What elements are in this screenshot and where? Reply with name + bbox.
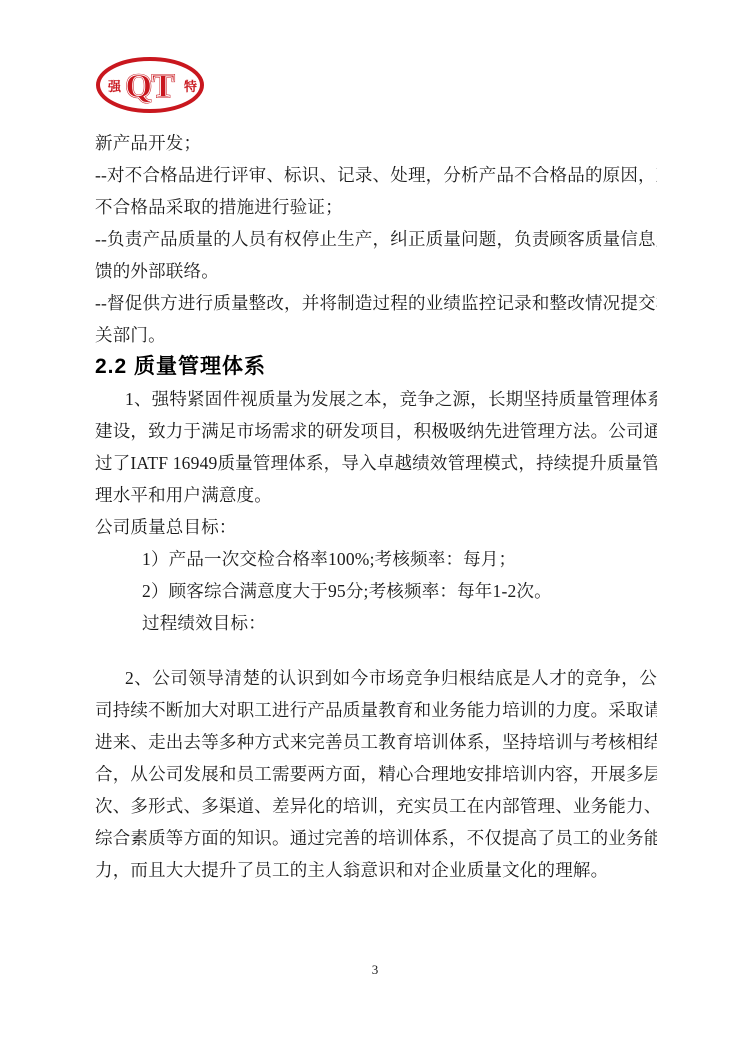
text-line: 次、多形式、多渠道、差异化的培训，充实员工在内部管理、业务能力、	[95, 790, 657, 822]
text-line: 馈的外部联络。	[95, 255, 657, 287]
text-line: 过了IATF 16949质量管理体系，导入卓越绩效管理模式，持续提升质量管	[95, 447, 657, 479]
text-line: 2）顾客综合满意度大于95分;考核频率：每年1-2次。	[95, 575, 657, 607]
text-line: --负责产品质量的人员有权停止生产，纠正质量问题，负责顾客质量信息反	[95, 223, 657, 255]
text-line: 进来、走出去等多种方式来完善员工教育培训体系，坚持培训与考核相结	[95, 726, 657, 758]
text-line: 2、公司领导清楚的认识到如今市场竞争归根结底是人才的竞争，公	[95, 662, 657, 694]
document-body: 新产品开发；--对不合格品进行评审、标识、记录、处理，分析产品不合格品的原因，对…	[95, 127, 657, 886]
text-line: --对不合格品进行评审、标识、记录、处理，分析产品不合格品的原因，对	[95, 159, 657, 191]
section-heading: 2.2 质量管理体系	[95, 351, 657, 383]
text-line: 过程绩效目标：	[95, 607, 657, 639]
blank-line	[95, 639, 657, 662]
text-line: 公司质量总目标：	[95, 511, 657, 543]
company-logo: 强 QT QT 特	[95, 56, 205, 114]
text-line: 合，从公司发展和员工需要两方面，精心合理地安排培训内容，开展多层	[95, 758, 657, 790]
text-line: --督促供方进行质量整改，并将制造过程的业绩监控记录和整改情况提交相	[95, 287, 657, 319]
text-line: 建设，致力于满足市场需求的研发项目，积极吸纳先进管理方法。公司通	[95, 415, 657, 447]
logo-char-right: 特	[184, 79, 197, 94]
text-line: 综合素质等方面的知识。通过完善的培训体系，不仅提高了员工的业务能	[95, 822, 657, 854]
text-line: 新产品开发；	[95, 127, 657, 159]
text-line: 1、强特紧固件视质量为发展之本，竞争之源，长期坚持质量管理体系	[95, 383, 657, 415]
logo-char-left: 强	[107, 79, 122, 94]
text-line: 关部门。	[95, 319, 657, 351]
qt-logo-icon: 强 QT QT 特	[95, 56, 205, 114]
text-line: 1）产品一次交检合格率100%;考核频率：每月；	[95, 543, 657, 575]
logo-main-text-highlight: QT	[125, 68, 174, 105]
text-line: 司持续不断加大对职工进行产品质量教育和业务能力培训的力度。采取请	[95, 694, 657, 726]
document-page: 强 QT QT 特 新产品开发；--对不合格品进行评审、标识、记录、处理，分析产…	[0, 0, 750, 1060]
text-line: 力，而且大大提升了员工的主人翁意识和对企业质量文化的理解。	[95, 854, 657, 886]
text-line: 理水平和用户满意度。	[95, 479, 657, 511]
page-number: 3	[0, 960, 750, 980]
text-line: 不合格品采取的措施进行验证；	[95, 191, 657, 223]
